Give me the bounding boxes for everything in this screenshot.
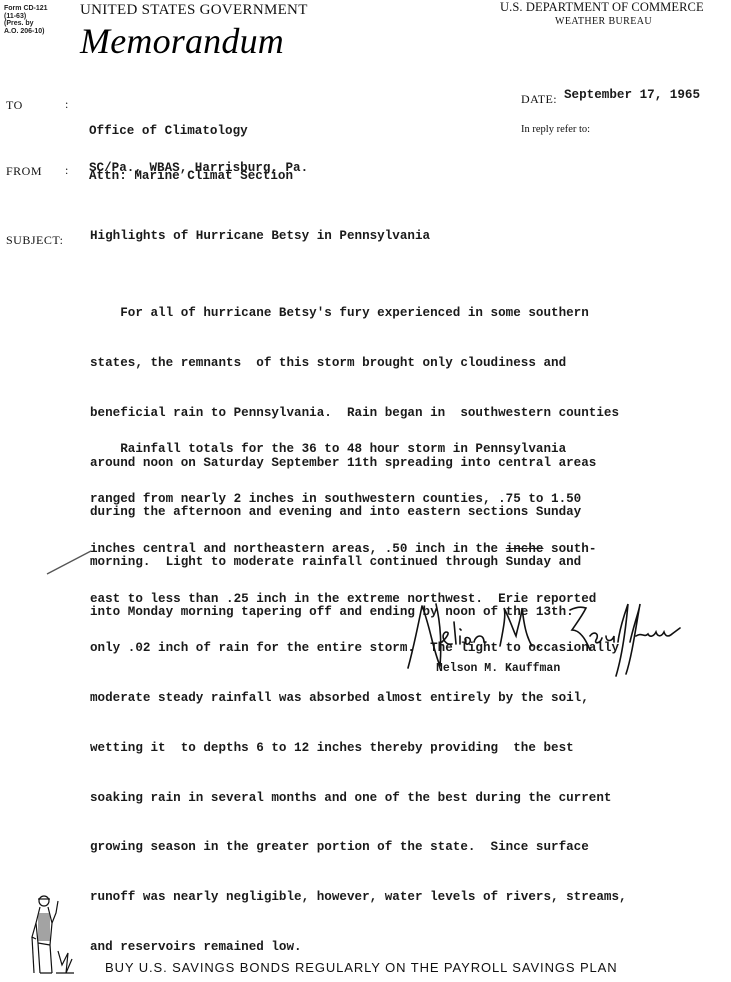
body-line: For all of hurricane Betsy's fury experi… [90, 305, 710, 322]
body-paragraph-2: Rainfall totals for the 36 to 48 hour st… [90, 408, 710, 972]
pen-mark-icon [45, 548, 95, 578]
to-line: Office of Climatology [89, 124, 293, 139]
form-number: Form CD-121 (11-63) (Pres. by A.O. 206-1… [4, 5, 48, 35]
subject-value: Highlights of Hurricane Betsy in Pennsyl… [90, 229, 430, 243]
savings-bonds-slogan: BUY U.S. SAVINGS BONDS REGULARLY ON THE … [105, 960, 618, 975]
to-colon: : [65, 97, 68, 112]
to-label: TO [6, 98, 23, 113]
body-line: inches central and northeastern areas, .… [90, 541, 710, 558]
department-heading: U.S. DEPARTMENT OF COMMERCE [500, 0, 704, 15]
form-number-line: (11-63) [4, 13, 48, 21]
date-value: September 17, 1965 [564, 88, 700, 102]
form-number-line: Form CD-121 [4, 5, 48, 13]
body-line: Rainfall totals for the 36 to 48 hour st… [90, 441, 710, 458]
form-number-line: A.O. 206-10) [4, 28, 48, 36]
body-line: and reservoirs remained low. [90, 939, 710, 956]
body-line: soaking rain in several months and one o… [90, 790, 710, 807]
body-line: states, the remnants of this storm broug… [90, 355, 710, 372]
body-line: growing season in the greater portion of… [90, 839, 710, 856]
body-line: moderate steady rainfall was absorbed al… [90, 690, 710, 707]
minuteman-icon [28, 893, 78, 978]
body-line: runoff was nearly negligible, however, w… [90, 889, 710, 906]
memo-title: Memorandum [80, 20, 284, 62]
body-text-span: south- [543, 542, 596, 556]
from-colon: : [65, 163, 68, 178]
typed-signature: Nelson M. Kauffman [436, 662, 560, 675]
from-label: FROM [6, 164, 42, 179]
body-text-span: inches central and northeastern areas, .… [90, 542, 506, 556]
from-value: SC/Pa., WBAS, Harrisburg, Pa. [89, 161, 308, 175]
form-number-line: (Pres. by [4, 20, 48, 28]
body-line: wetting it to depths 6 to 12 inches ther… [90, 740, 710, 757]
government-heading: UNITED STATES GOVERNMENT [80, 2, 308, 19]
struck-out-text: inche [506, 542, 544, 556]
date-label: DATE: [521, 92, 557, 107]
body-line: ranged from nearly 2 inches in southwest… [90, 491, 710, 508]
reply-refer-label: In reply refer to: [521, 124, 590, 135]
bureau-heading: WEATHER BUREAU [555, 16, 652, 27]
subject-label: SUBJECT: [6, 233, 63, 248]
to-recipient: Office of Climatology Attn: Marine Clima… [89, 94, 293, 199]
